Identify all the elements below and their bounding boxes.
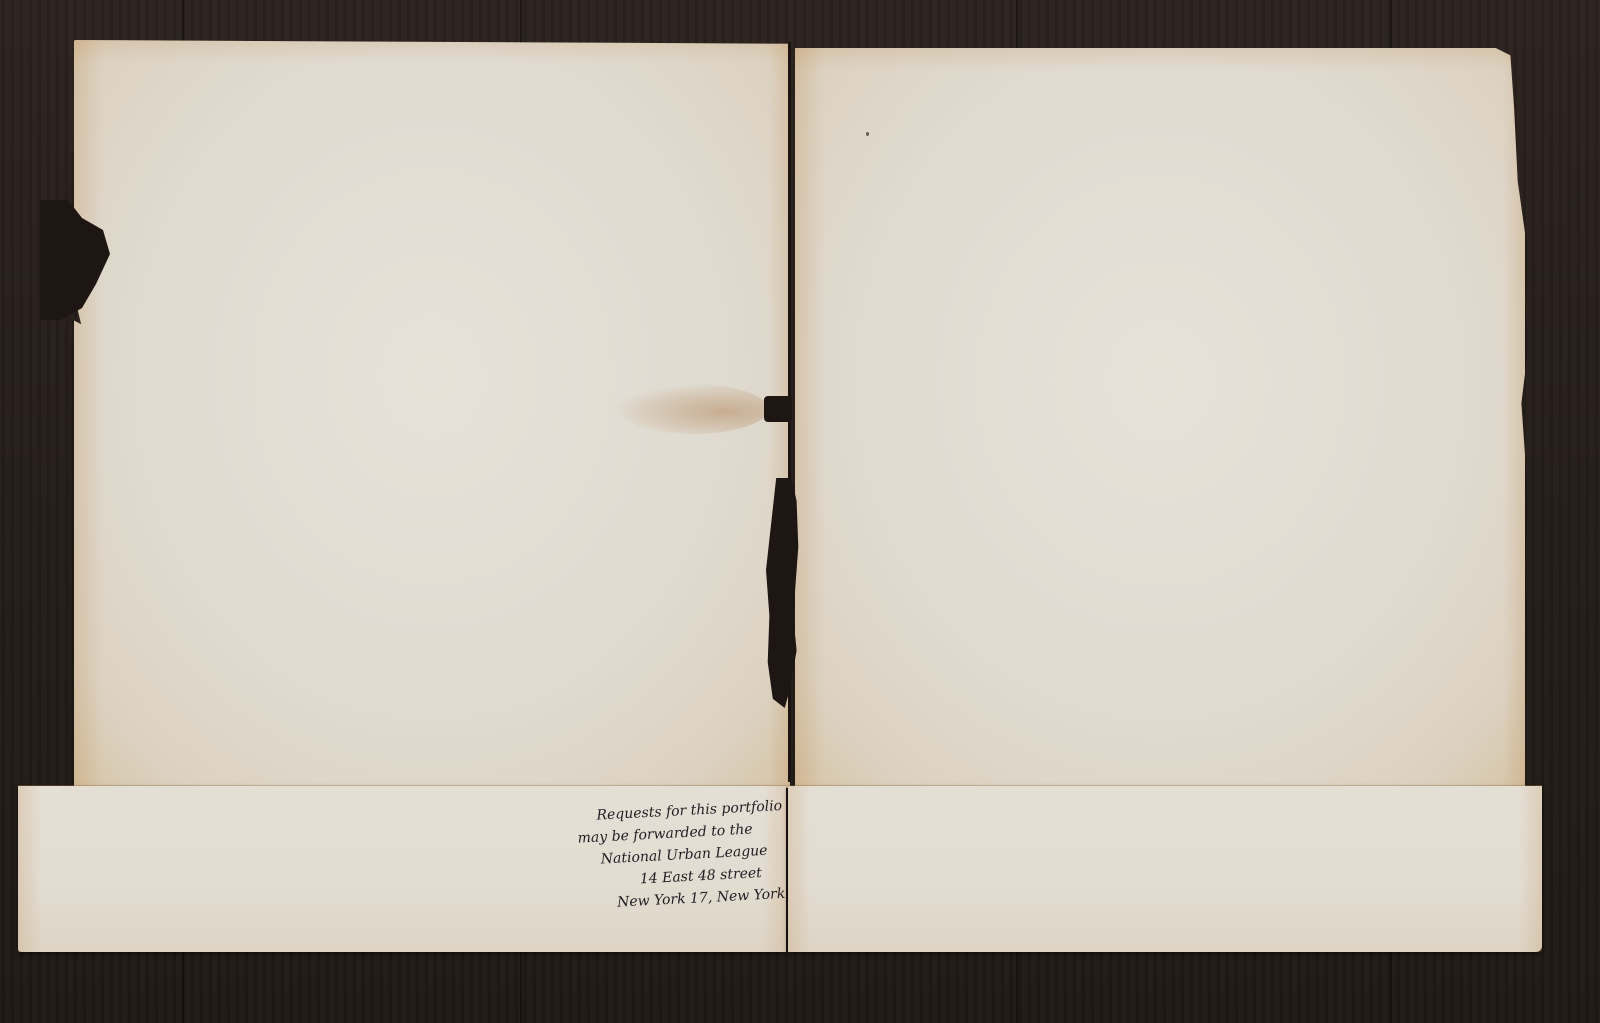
- right-page: [795, 48, 1525, 788]
- ink-speck: [866, 132, 869, 136]
- left-page: [74, 40, 790, 788]
- right-bottom-flap: [788, 786, 1542, 952]
- spine-tear-small: [764, 396, 792, 422]
- water-stain: [618, 384, 768, 434]
- handwritten-note: Requests for this portfolio may be forwa…: [570, 795, 785, 916]
